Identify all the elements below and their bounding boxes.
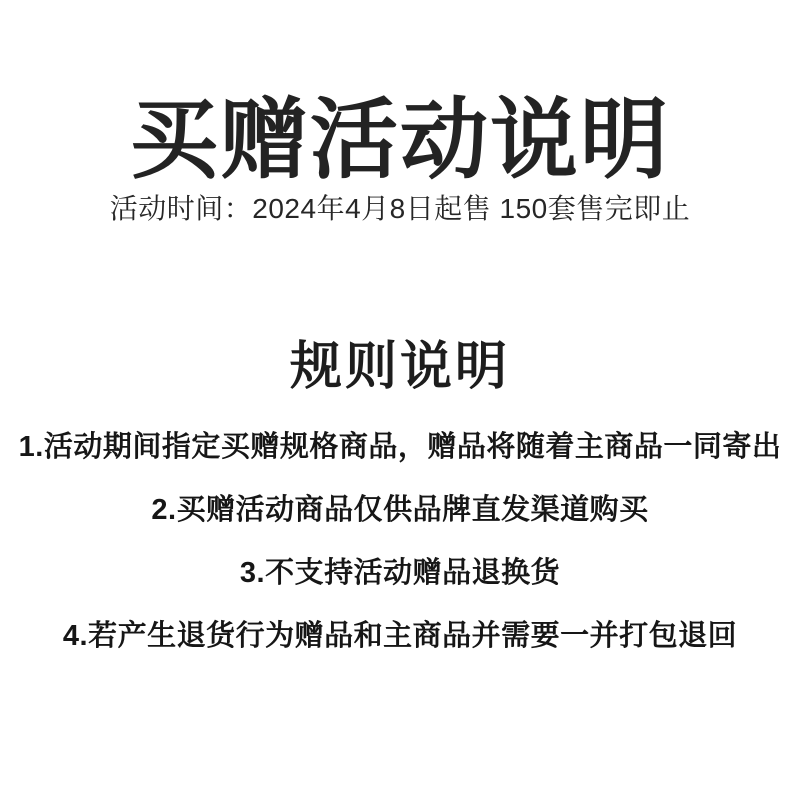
promo-poster: 买赠活动说明 活动时间：2024年4月8日起售 150套售完即止 规则说明 1.…: [0, 0, 800, 800]
rules-section-heading: 规则说明: [290, 339, 510, 396]
rule-item-3: 3.不支持活动赠品退换货: [240, 558, 560, 590]
rule-item-2: 2.买赠活动商品仅供品牌直发渠道购买: [151, 495, 648, 527]
page-title: 买赠活动说明: [130, 94, 670, 186]
rule-item-1: 1.活动期间指定买赠规格商品，赠品将随着主商品一同寄出: [19, 432, 782, 464]
activity-time-subtitle: 活动时间：2024年4月8日起售 150套售完即止: [110, 194, 690, 225]
rule-item-4: 4.若产生退货行为赠品和主商品并需要一并打包退回: [63, 621, 737, 653]
rules-list: 1.活动期间指定买赠规格商品，赠品将随着主商品一同寄出 2.买赠活动商品仅供品牌…: [19, 432, 782, 653]
